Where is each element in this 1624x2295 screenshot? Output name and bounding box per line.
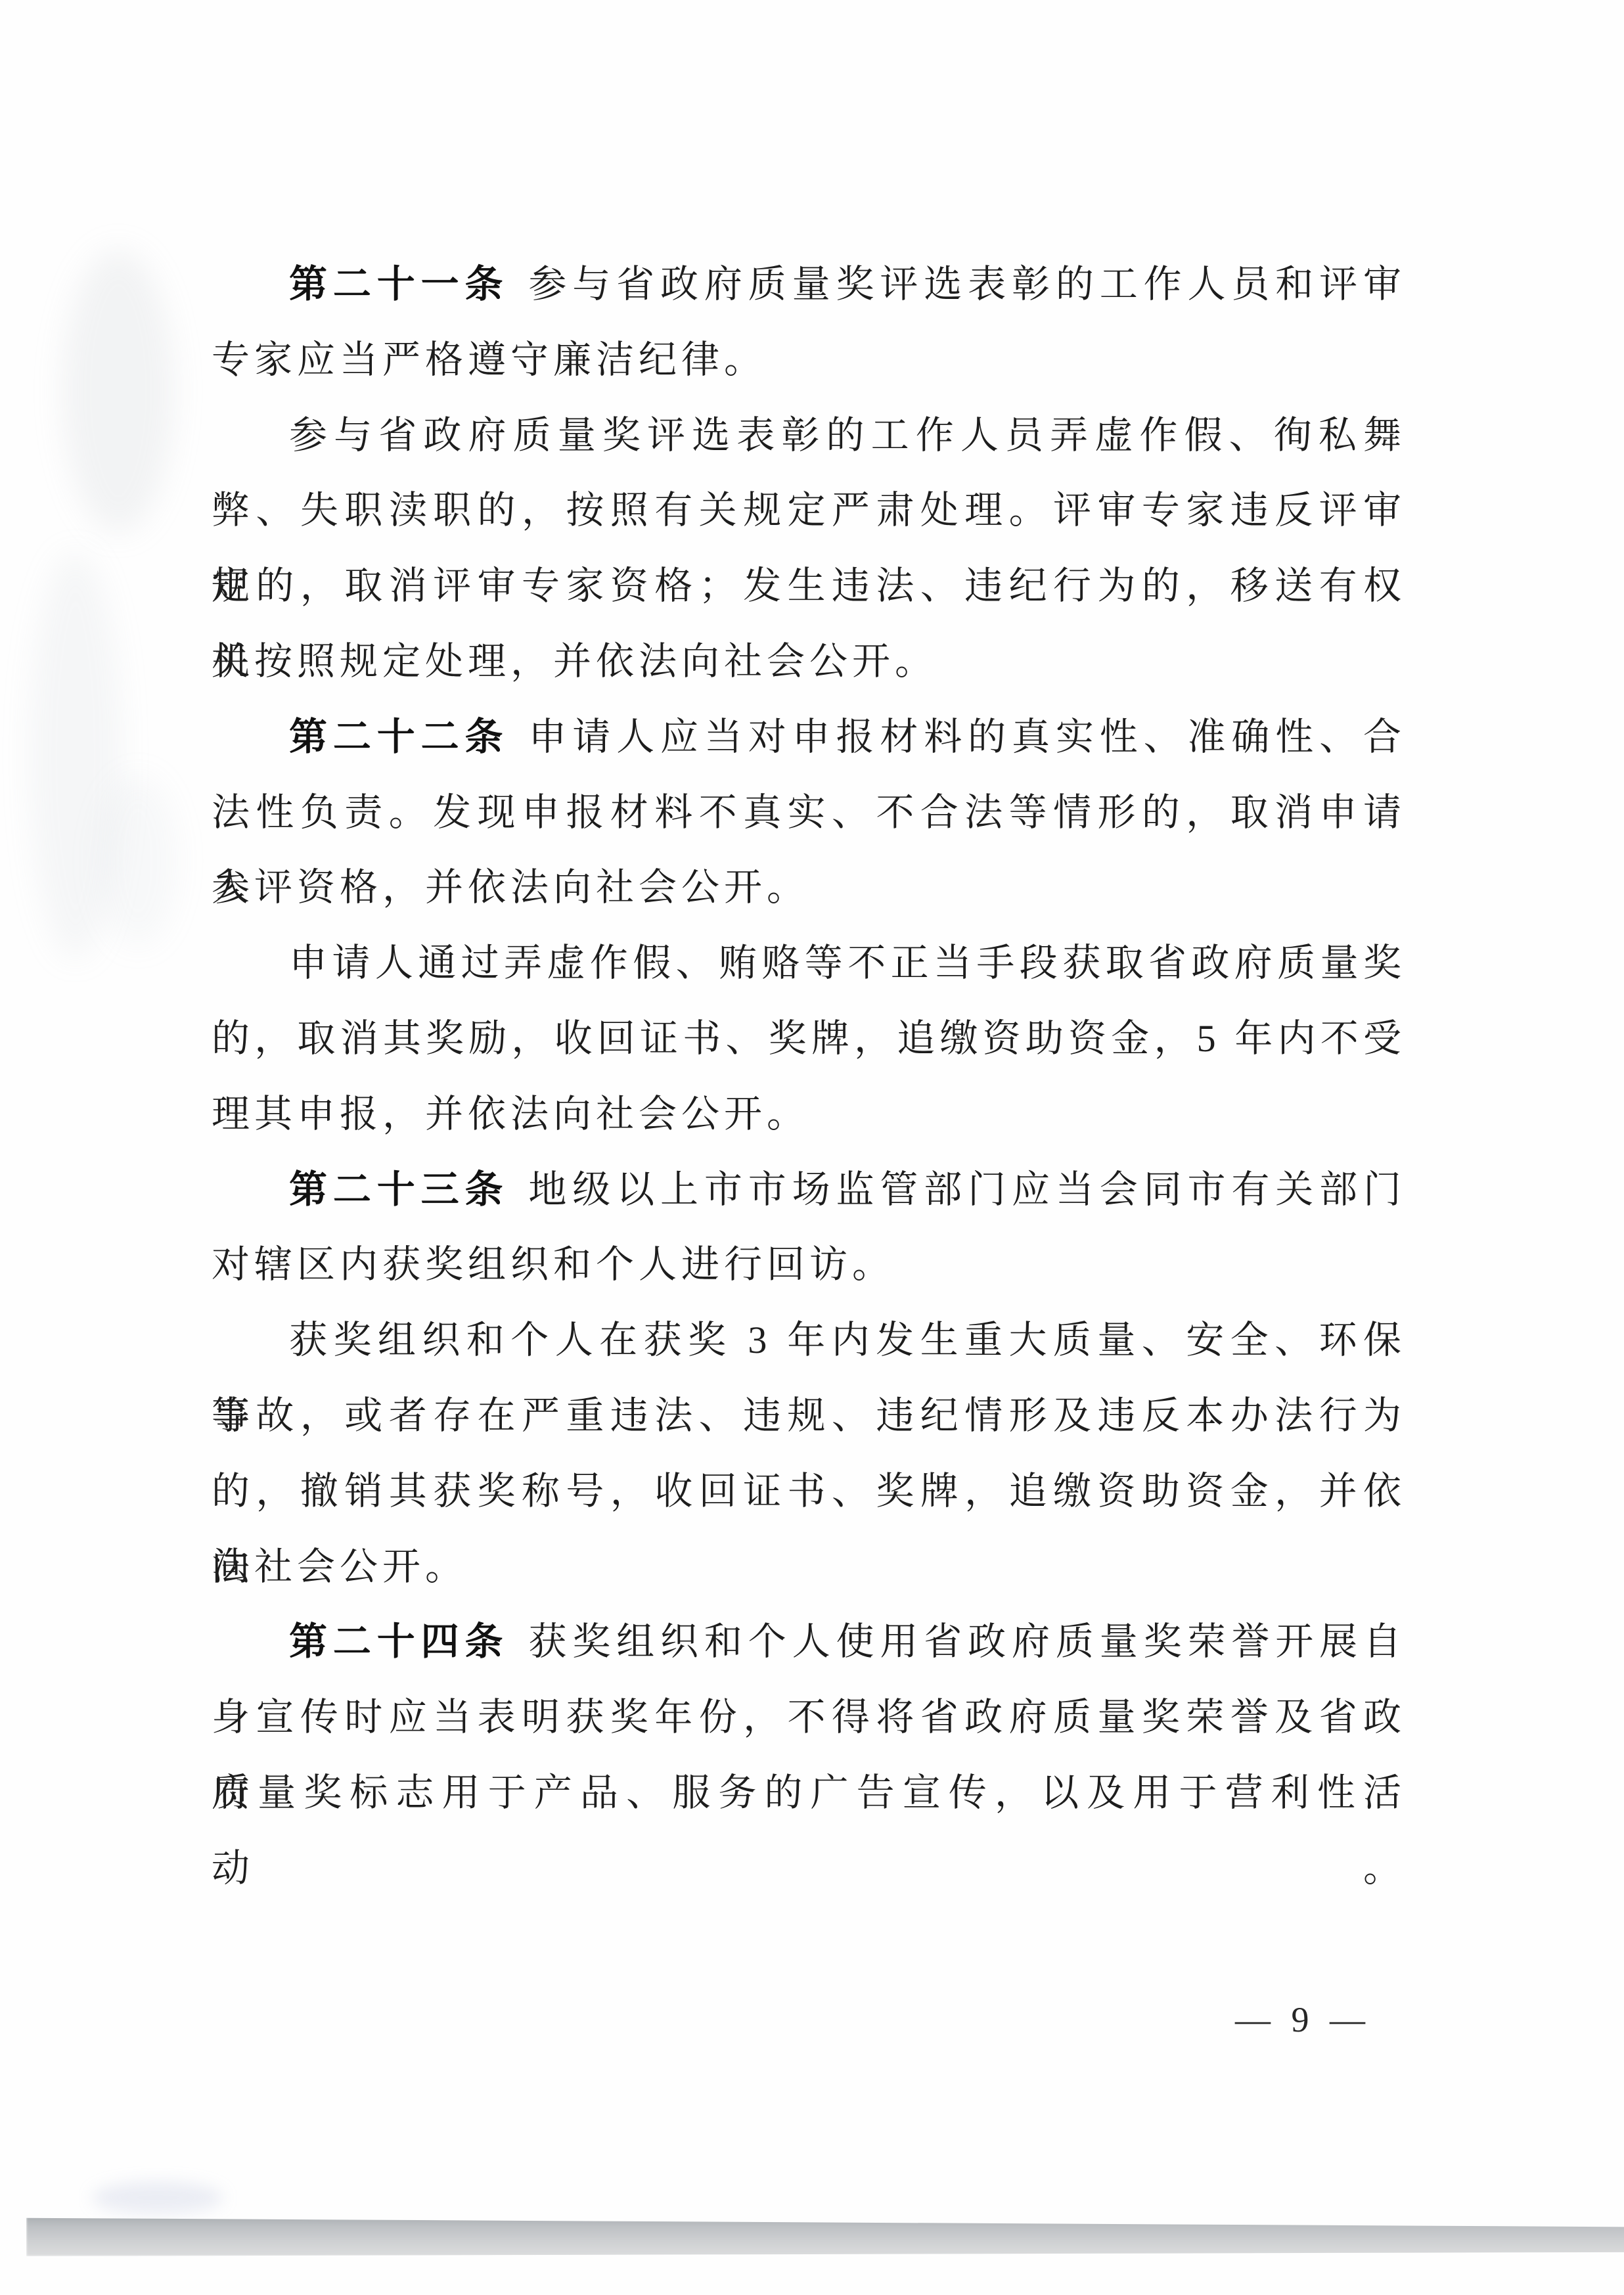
text-line: 第二十三条地级以上市市场监管部门应当会同市有关部门 xyxy=(212,1152,1406,1228)
text-line: 对辖区内获奖组织和个人进行回访。 xyxy=(212,1227,1406,1303)
article-number: 第二十一条 xyxy=(289,263,508,306)
scan-smudge-artifact xyxy=(92,2181,223,2214)
line-text: 参评资格，并依法向社会公开。 xyxy=(212,866,809,909)
line-text: 的，取消其奖励，收回证书、奖牌，追缴资助资金，5 年内不受 xyxy=(212,1017,1406,1060)
line-text: 申请人通过弄虚作假、贿赂等不正当手段获取省政府质量奖 xyxy=(289,942,1406,984)
text-line: 向社会公开。 xyxy=(212,1530,1406,1605)
text-line: 参与省政府质量奖评选表彰的工作人员弄虚作假、徇私舞 xyxy=(212,398,1406,474)
page-number: — 9 — xyxy=(1235,1999,1371,2041)
line-text: 申请人应当对申报材料的真实性、准确性、合 xyxy=(528,716,1406,758)
line-text: 参与省政府质量奖评选表彰的工作人员和评审 xyxy=(528,263,1406,306)
text-line: 第二十二条申请人应当对申报材料的真实性、准确性、合 xyxy=(212,700,1406,775)
scan-smudge-artifact xyxy=(30,552,122,959)
text-line: 获奖组织和个人在获奖 3 年内发生重大质量、安全、环保等 xyxy=(212,1303,1406,1378)
text-line: 事故，或者存在严重违法、违规、违纪情形及违反本办法行为 xyxy=(212,1378,1406,1454)
line-text: 向社会公开。 xyxy=(212,1545,468,1588)
line-text: 对辖区内获奖组织和个人进行回访。 xyxy=(212,1243,895,1286)
text-line: 第二十一条参与省政府质量奖评选表彰的工作人员和评审 xyxy=(212,247,1406,323)
text-line: 的，撤销其获奖称号，收回证书、奖牌，追缴资助资金，并依法 xyxy=(212,1454,1406,1530)
text-line: 弊、失职渎职的，按照有关规定严肃处理。评审专家违反评审规 xyxy=(212,473,1406,549)
text-line: 申请人通过弄虚作假、贿赂等不正当手段获取省政府质量奖 xyxy=(212,926,1406,1001)
line-text: 理其申报，并依法向社会公开。 xyxy=(212,1093,809,1135)
line-text: 获奖组织和个人使用省政府质量奖荣誉开展自 xyxy=(528,1620,1406,1663)
line-text: 关按照规定处理，并依法向社会公开。 xyxy=(212,640,937,683)
scan-smudge-artifact xyxy=(62,250,174,532)
text-line: 的，取消其奖励，收回证书、奖牌，追缴资助资金，5 年内不受 xyxy=(212,1001,1406,1077)
text-line: 理其申报，并依法向社会公开。 xyxy=(212,1077,1406,1152)
text-line: 专家应当严格遵守廉洁纪律。 xyxy=(212,323,1406,398)
text-line: 参评资格，并依法向社会公开。 xyxy=(212,850,1406,926)
article-number: 第二十四条 xyxy=(289,1620,508,1663)
line-text: 质量奖标志用于产品、服务的广告宣传，以及用于营利性活动。 xyxy=(212,1771,1406,1890)
text-line: 身宣传时应当表明获奖年份，不得将省政府质量奖荣誉及省政府 xyxy=(212,1680,1406,1756)
article-number: 第二十二条 xyxy=(289,716,508,758)
scan-smudge-artifact xyxy=(99,775,177,946)
article-number: 第二十三条 xyxy=(289,1168,508,1211)
line-text: 地级以上市市场监管部门应当会同市有关部门 xyxy=(528,1168,1406,1211)
text-line: 第二十四条获奖组织和个人使用省政府质量奖荣誉开展自 xyxy=(212,1604,1406,1680)
line-text: 专家应当严格遵守廉洁纪律。 xyxy=(212,338,767,381)
line-text: 参与省政府质量奖评选表彰的工作人员弄虚作假、徇私舞 xyxy=(289,414,1406,457)
text-line: 法性负责。发现申报材料不真实、不合法等情形的，取消申请人 xyxy=(212,775,1406,851)
text-line: 质量奖标志用于产品、服务的广告宣传，以及用于营利性活动。 xyxy=(212,1756,1406,1831)
document-page: 第二十一条参与省政府质量奖评选表彰的工作人员和评审 专家应当严格遵守廉洁纪律。 … xyxy=(0,0,1624,2295)
text-block: 第二十一条参与省政府质量奖评选表彰的工作人员和评审 专家应当严格遵守廉洁纪律。 … xyxy=(212,247,1406,1831)
line-text: 事故，或者存在严重违法、违规、违纪情形及违反本办法行为 xyxy=(212,1394,1406,1437)
text-line: 关按照规定处理，并依法向社会公开。 xyxy=(212,624,1406,700)
text-line: 定的，取消评审专家资格；发生违法、违纪行为的，移送有权机 xyxy=(212,549,1406,624)
scan-edge-bar-artifact xyxy=(26,2215,1624,2256)
